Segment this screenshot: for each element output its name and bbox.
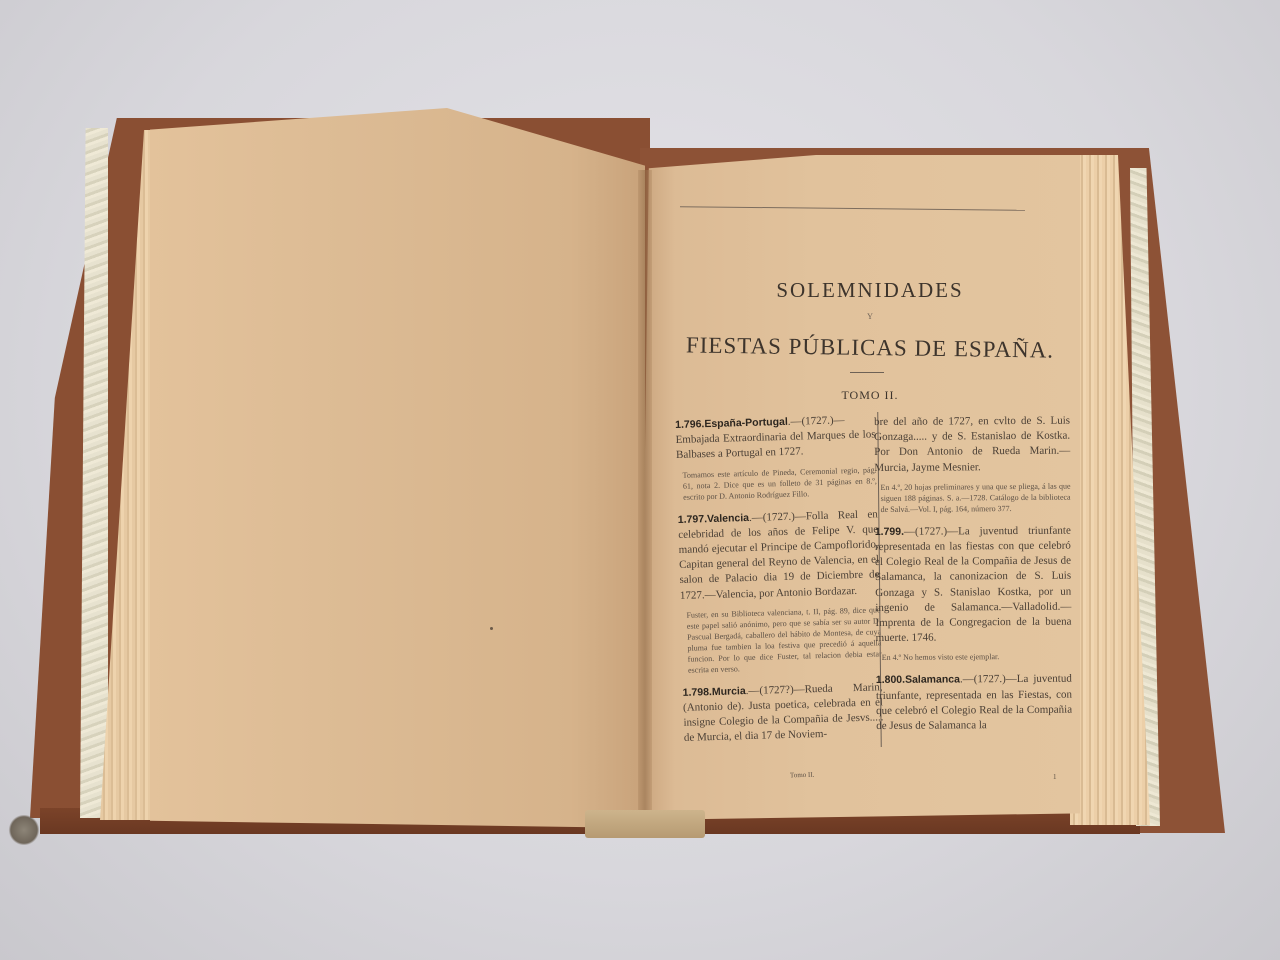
entry-1799: 1.799.—(1727.)—La juventud triunfante re… bbox=[875, 523, 1072, 646]
entry-number: 1.799. bbox=[875, 526, 904, 538]
title-line-2: FIESTAS PÚBLICAS DE ESPAÑA. bbox=[670, 332, 1070, 364]
entry-1796: 1.796.España-Portugal.—(1727.)—Embajada … bbox=[675, 412, 876, 463]
volume-label: TOMO II. bbox=[670, 388, 1070, 403]
entry-note: Fuster, en su Biblioteca valenciana, t. … bbox=[686, 604, 882, 675]
entry-keyword: España-Portugal bbox=[704, 416, 788, 430]
title-divider bbox=[850, 372, 884, 373]
entry-1800: 1.800.Salamanca.—(1727.)—La juventud tri… bbox=[876, 672, 1072, 734]
book-gutter bbox=[638, 170, 652, 820]
marbled-endpaper-left bbox=[80, 128, 108, 818]
entry-1797: 1.797.Valencia.—(1727.)—Folla Real en ce… bbox=[678, 507, 880, 604]
entry-number: 1.797. bbox=[678, 513, 708, 526]
entry-note: En 4.º No hemos visto este ejemplar. bbox=[882, 651, 1072, 663]
header-rule bbox=[680, 206, 1025, 211]
entry-text: bre del año de 1727, en cvlto de S. Luis… bbox=[874, 415, 1070, 474]
right-page-text: SOLEMNIDADES Y FIESTAS PÚBLICAS DE ESPAÑ… bbox=[670, 200, 1075, 820]
book-photo: SOLEMNIDADES Y FIESTAS PÚBLICAS DE ESPAÑ… bbox=[0, 0, 1280, 960]
entry-keyword: Salamanca bbox=[905, 674, 960, 686]
entry-number: 1.800. bbox=[876, 674, 905, 686]
entry-keyword: Valencia bbox=[707, 512, 749, 525]
entry-note: En 4.º, 20 hojas preliminares y una que … bbox=[880, 480, 1070, 514]
right-text-column: bre del año de 1727, en cvlto de S. Luis… bbox=[874, 414, 1072, 745]
left-page-blank bbox=[150, 108, 645, 828]
left-text-column: 1.796.España-Portugal.—(1727.)—Embajada … bbox=[675, 412, 884, 756]
entry-number: 1.796. bbox=[675, 418, 705, 431]
worn-cover-corner bbox=[8, 815, 40, 845]
page-speck bbox=[490, 627, 493, 630]
entry-text: —(1727.)—La juventud triunfante represen… bbox=[875, 524, 1072, 644]
entry-1798-continued: bre del año de 1727, en cvlto de S. Luis… bbox=[874, 414, 1070, 476]
footer-signature: 1 bbox=[1053, 773, 1057, 781]
entry-number: 1.798. bbox=[683, 686, 713, 699]
footer-volume-mark: Tomo II. bbox=[790, 771, 815, 780]
entry-1798: 1.798.Murcia.—(1727?)—Rueda Marin, (Anto… bbox=[682, 680, 884, 746]
title-line-1: SOLEMNIDADES bbox=[670, 278, 1070, 303]
entry-keyword: Murcia bbox=[712, 685, 746, 698]
entry-note: Tomamos este artículo de Pineda, Ceremon… bbox=[682, 464, 877, 502]
title-conjunction: Y bbox=[670, 312, 1070, 321]
